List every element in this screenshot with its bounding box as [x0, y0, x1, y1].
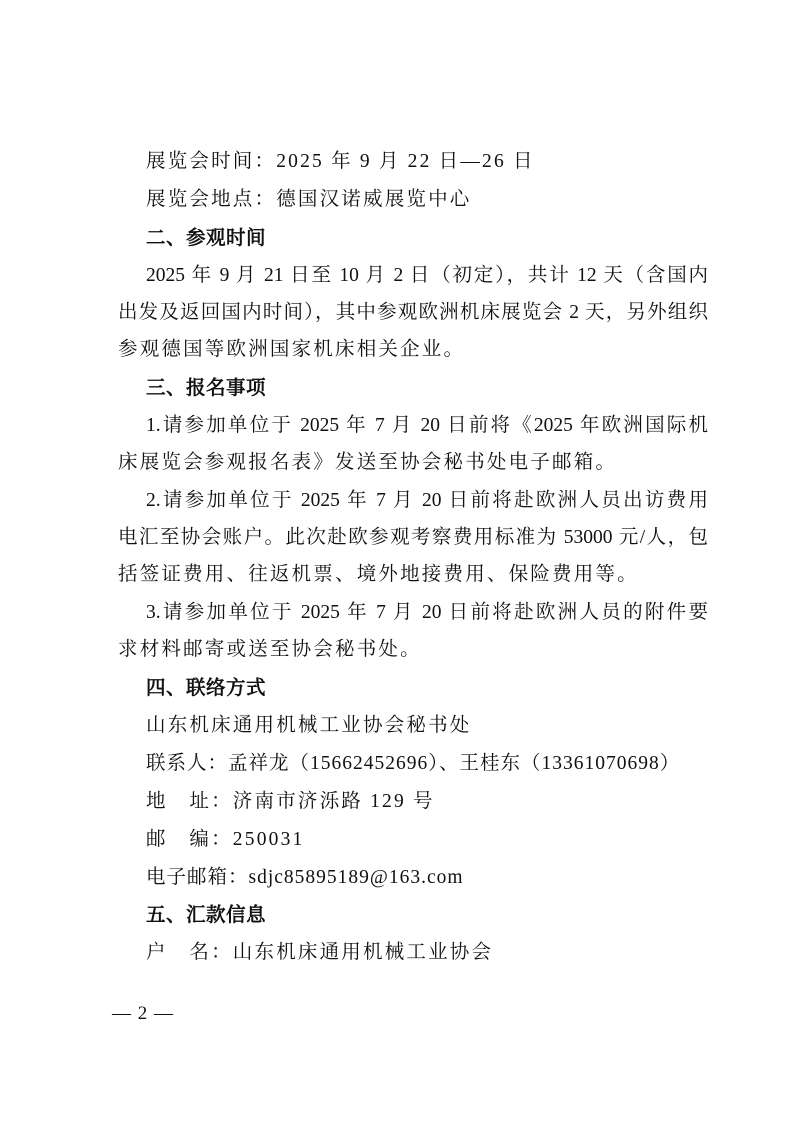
section-heading-visit-time: 二、参观时间	[146, 226, 708, 250]
paragraph-line: 求材料邮寄或送至协会秘书处。	[118, 638, 708, 662]
exhibition-location: 展览会地点：德国汉诺威展览中心	[146, 188, 708, 212]
address: 地 址：济南市济泺路 129 号	[146, 790, 708, 814]
section-heading-registration: 三、报名事项	[146, 376, 708, 400]
paragraph-line: 括签证费用、往返机票、境外地接费用、保险费用等。	[118, 563, 708, 587]
document-page: 展览会时间：2025 年 9 月 22 日—26 日 展览会地点：德国汉诺威展览…	[0, 0, 800, 1131]
paragraph-line: 出发及返回国内时间），其中参观欧洲机床展览会 2 天，另外组织	[118, 301, 708, 325]
postcode: 邮 编：250031	[146, 828, 708, 852]
page-number: — 2 —	[112, 1002, 174, 1026]
paragraph-line: 2.请参加单位于 2025 年 7 月 20 日前将赴欧洲人员出访费用	[146, 489, 708, 513]
organization-name: 山东机床通用机械工业协会秘书处	[146, 714, 708, 738]
email-address: 电子邮箱：sdjc85895189@163.com	[146, 866, 708, 890]
exhibition-time: 展览会时间：2025 年 9 月 22 日—26 日	[146, 150, 708, 174]
paragraph-line: 电汇至协会账户。此次赴欧参观考察费用标准为 53000 元/人，包	[118, 526, 708, 550]
section-heading-remittance: 五、汇款信息	[146, 903, 708, 927]
paragraph-line: 参观德国等欧洲国家机床相关企业。	[118, 338, 708, 362]
paragraph-line: 3.请参加单位于 2025 年 7 月 20 日前将赴欧洲人员的附件要	[146, 601, 708, 625]
paragraph-line: 1.请参加单位于 2025 年 7 月 20 日前将《2025 年欧洲国际机	[146, 414, 708, 438]
contact-persons: 联系人：孟祥龙（15662452696）、王桂东（13361070698）	[146, 752, 708, 776]
paragraph-line: 床展览会参观报名表》发送至协会秘书处电子邮箱。	[118, 451, 708, 475]
paragraph-line: 2025 年 9 月 21 日至 10 月 2 日（初定），共计 12 天（含国…	[146, 264, 708, 288]
account-name: 户 名：山东机床通用机械工业协会	[146, 941, 708, 965]
section-heading-contact: 四、联络方式	[146, 676, 708, 700]
